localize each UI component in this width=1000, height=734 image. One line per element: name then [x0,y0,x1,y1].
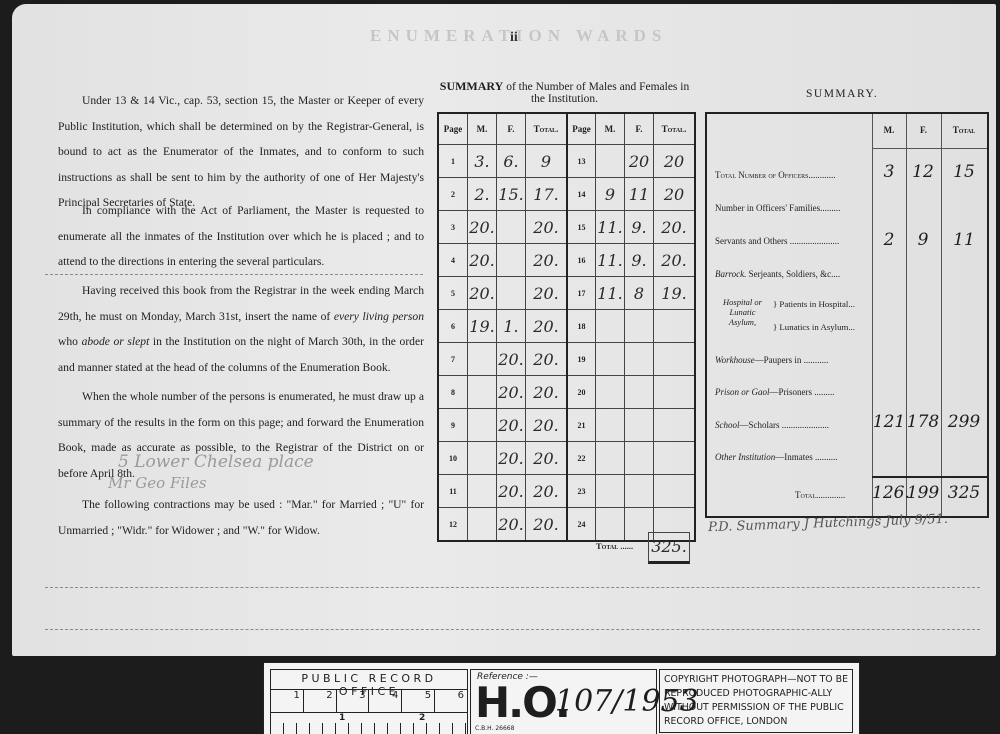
instructions-paragraph-2: In compliance with the Act of Parliament… [58,198,424,275]
summary-row-other: Other Institution—Inmates .......... [715,452,872,462]
page-cell: 10 [438,442,468,475]
count-cell: 11 [625,178,654,211]
page-cell: 5 [438,277,468,310]
count-cell [596,310,625,343]
page-cell: 2 [438,178,468,211]
page-cell: 8 [438,376,468,409]
count-cell [625,343,654,376]
count-cell [497,277,526,310]
count-cell: 2. [468,178,497,211]
count-cell: 6. [497,145,526,178]
count-cell [468,409,497,442]
table-row: 22.15.17.1491120 [438,178,695,211]
count-cell [625,442,654,475]
count-cell: 20. [497,442,526,475]
count-cell [468,442,497,475]
page-cell: 4 [438,244,468,277]
count-cell: 20. [526,244,568,277]
table-row: 720.20.19 [438,343,695,376]
instructions-paragraph-3: Having received this book from the Regis… [58,278,424,380]
summary-row-hospital: Hospital or Lunatic Asylum, [715,297,770,327]
page-summary-total-value: 325. [648,532,690,564]
archive-label: PUBLIC RECORD OFFICE 1 2 3 4 5 6 1 2 Ref… [263,662,860,734]
count-cell: 9. [625,244,654,277]
count-cell [654,475,696,508]
summary-row-barrack: Barrock. Serjeants, Soldiers, &c.... [715,269,872,279]
count-cell: 20 [654,145,696,178]
page-cell: 9 [438,409,468,442]
count-cell [468,475,497,508]
count-cell: 11. [596,244,625,277]
count-cell: 20. [468,211,497,244]
pencil-note-name: Mr Geo Files [108,474,207,492]
count-cell: 1. [497,310,526,343]
table-row: 420.20.1611.9.20. [438,244,695,277]
count-cell [468,343,497,376]
count-cell [654,343,696,376]
table-row: 1120.20.23 [438,475,695,508]
page-cell: 23 [567,475,596,508]
page-cell: 14 [567,178,596,211]
count-cell [468,508,497,542]
page-cell: 11 [438,475,468,508]
count-cell: 20 [654,178,696,211]
count-cell: 20. [497,376,526,409]
table-row: 320.20.1511.9.20. [438,211,695,244]
count-cell: 20. [497,508,526,542]
count-cell: 20. [526,343,568,376]
count-cell [625,376,654,409]
count-cell [625,310,654,343]
count-cell: 20. [526,442,568,475]
copyright-notice: COPYRIGHT PHOTOGRAPH—NOT TO BE REPRODUCE… [659,669,853,733]
divider [45,629,980,630]
count-cell [497,244,526,277]
divider [45,274,423,275]
public-record-office-scale: PUBLIC RECORD OFFICE 1 2 3 4 5 6 1 2 [270,669,468,734]
count-cell: 19. [654,277,696,310]
table-row: 520.20.1711.819. [438,277,695,310]
count-cell: 20. [526,310,568,343]
count-cell: 20. [497,409,526,442]
count-cell: 20. [526,475,568,508]
count-cell [654,409,696,442]
page-summary-total-label: Total ...... [596,541,633,551]
count-cell: 9. [625,211,654,244]
table-row: 820.20.20 [438,376,695,409]
count-cell [497,211,526,244]
instructions-paragraph-5: The following contractions may be used :… [58,492,424,543]
summary-title: SUMMARY. [806,88,878,100]
count-cell: 15. [497,178,526,211]
count-cell [468,376,497,409]
count-cell: 20. [526,211,568,244]
table-row: 619.1.20.18 [438,310,695,343]
page-cell: 19 [567,343,596,376]
count-cell: 17. [526,178,568,211]
count-cell [625,409,654,442]
count-cell [596,376,625,409]
count-cell: 8 [625,277,654,310]
page-cell: 21 [567,409,596,442]
count-cell: 9 [526,145,568,178]
summary-row-officers: Total Number of Officers............ [715,170,872,180]
count-cell: 20. [654,211,696,244]
reference-box: Reference :— H.O. 107/1953 C.B.H. 26668 [470,669,657,734]
divider [45,587,980,588]
count-cell: 20. [526,409,568,442]
count-cell [596,145,625,178]
ruler-scale: 1 2 [271,713,467,734]
count-cell [596,409,625,442]
page-summary-title: SUMMARY of the Number of Males and Femal… [437,80,692,105]
summary-row-servants: Servants and Others ....................… [715,236,872,246]
count-cell [625,475,654,508]
count-cell: 11. [596,277,625,310]
table-row: 13.6.9132020 [438,145,695,178]
page-cell: 15 [567,211,596,244]
count-cell: 20. [497,475,526,508]
page-number: ii [510,30,518,46]
instructions-paragraph-1: Under 13 & 14 Vic., cap. 53, section 15,… [58,88,424,216]
pencil-note-address: 5 Lower Chelsea place [118,452,314,472]
page-cell: 13 [567,145,596,178]
page-cell: 3 [438,211,468,244]
page-cell: 18 [567,310,596,343]
count-cell [654,310,696,343]
count-cell: 20. [526,376,568,409]
count-cell: 3. [468,145,497,178]
page-cell: 20 [567,376,596,409]
count-cell: 19. [468,310,497,343]
count-cell: 20. [526,277,568,310]
summary-total-label: Total............. [795,490,871,500]
page-cell: 12 [438,508,468,542]
faded-page-heading: ENUMERATION WARDS [370,26,667,46]
count-cell: 20. [526,508,568,542]
summary-row-patients: } Patients in Hospital... [773,299,873,309]
count-cell: 20. [468,277,497,310]
count-cell [654,442,696,475]
summary-row-school: School—Scholars ..................... [715,420,872,430]
table-row: 1020.20.22 [438,442,695,475]
count-cell: 11. [596,211,625,244]
summary-row-lunatics: } Lunatics in Asylum... [773,322,873,332]
page-cell: 24 [567,508,596,542]
count-cell: 9 [596,178,625,211]
count-cell: 20. [654,244,696,277]
summary-row-families: Number in Officers' Families......... [715,203,872,213]
page-cell: 7 [438,343,468,376]
page-cell: 6 [438,310,468,343]
count-cell [596,343,625,376]
summary-header: M. F. Total [872,114,987,149]
summary-row-prison: Prison or Gaol—Prisoners ......... [715,387,872,397]
count-cell: 20. [497,343,526,376]
count-cell [654,376,696,409]
table-row: 920.20.21 [438,409,695,442]
summary-row-workhouse: Workhouse—Paupers in ........... [715,355,872,365]
count-cell [596,475,625,508]
page-summary-table: Page M. F. Total. Page M. F. Total. 13.6… [437,112,696,542]
page-cell: 1 [438,145,468,178]
page-cell: 22 [567,442,596,475]
page-cell: 17 [567,277,596,310]
count-cell: 20 [625,145,654,178]
page-cell: 16 [567,244,596,277]
count-cell [596,442,625,475]
summary-table: M. F. Total Total Number of Officers....… [705,112,989,518]
count-cell [596,508,625,542]
count-cell: 20. [468,244,497,277]
